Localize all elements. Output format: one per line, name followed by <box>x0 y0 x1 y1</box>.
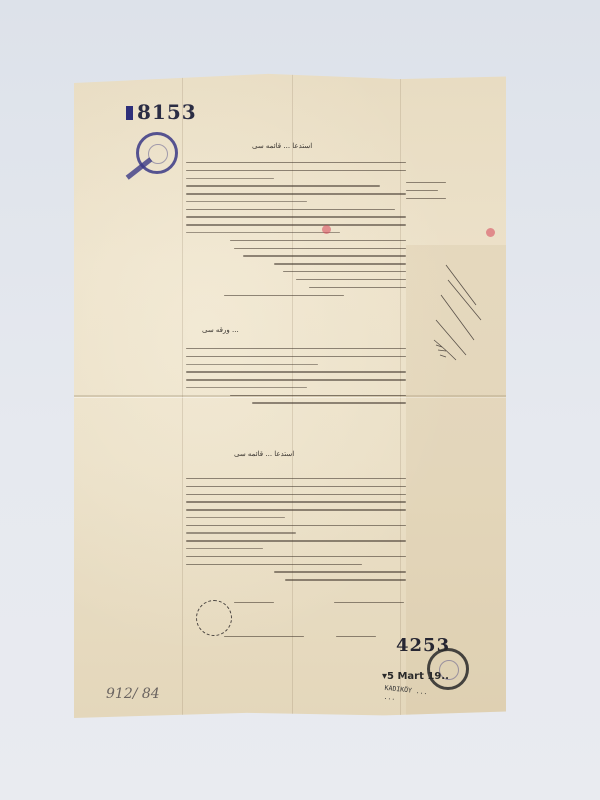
fold-line-vertical <box>182 70 183 718</box>
section-body-3 <box>186 478 406 587</box>
ink-seal-bottom <box>427 648 469 690</box>
section-footer-1 <box>224 295 344 303</box>
section-heading-1: استدعا ... قائمه سى <box>252 142 312 150</box>
section-body-1-right <box>406 182 446 205</box>
signature-label <box>334 602 404 610</box>
seal-placeholder-circle <box>196 600 232 636</box>
handwritten-signature <box>426 260 486 370</box>
signature-label <box>224 636 304 644</box>
red-ink-mark <box>322 225 331 234</box>
registry-number-top: 8153 <box>126 100 197 124</box>
office-stamp: KADIKÖY ... ... <box>383 684 428 706</box>
section-body-1 <box>186 162 406 294</box>
document-paper: 8153 استدعا ... قائمه سى ... ورقه سى است… <box>74 70 506 718</box>
section-heading-3: استدعا ... قائمه سى <box>234 450 294 458</box>
date-stamp: ▾5 Mart 19.. <box>382 671 449 682</box>
red-ink-mark <box>486 228 495 237</box>
archive-pencil-note: 912/ 84 <box>106 686 160 702</box>
section-body-2 <box>186 348 406 410</box>
section-heading-2: ... ورقه سى <box>202 326 239 334</box>
signature-label <box>234 602 274 610</box>
signature-label <box>336 636 376 644</box>
